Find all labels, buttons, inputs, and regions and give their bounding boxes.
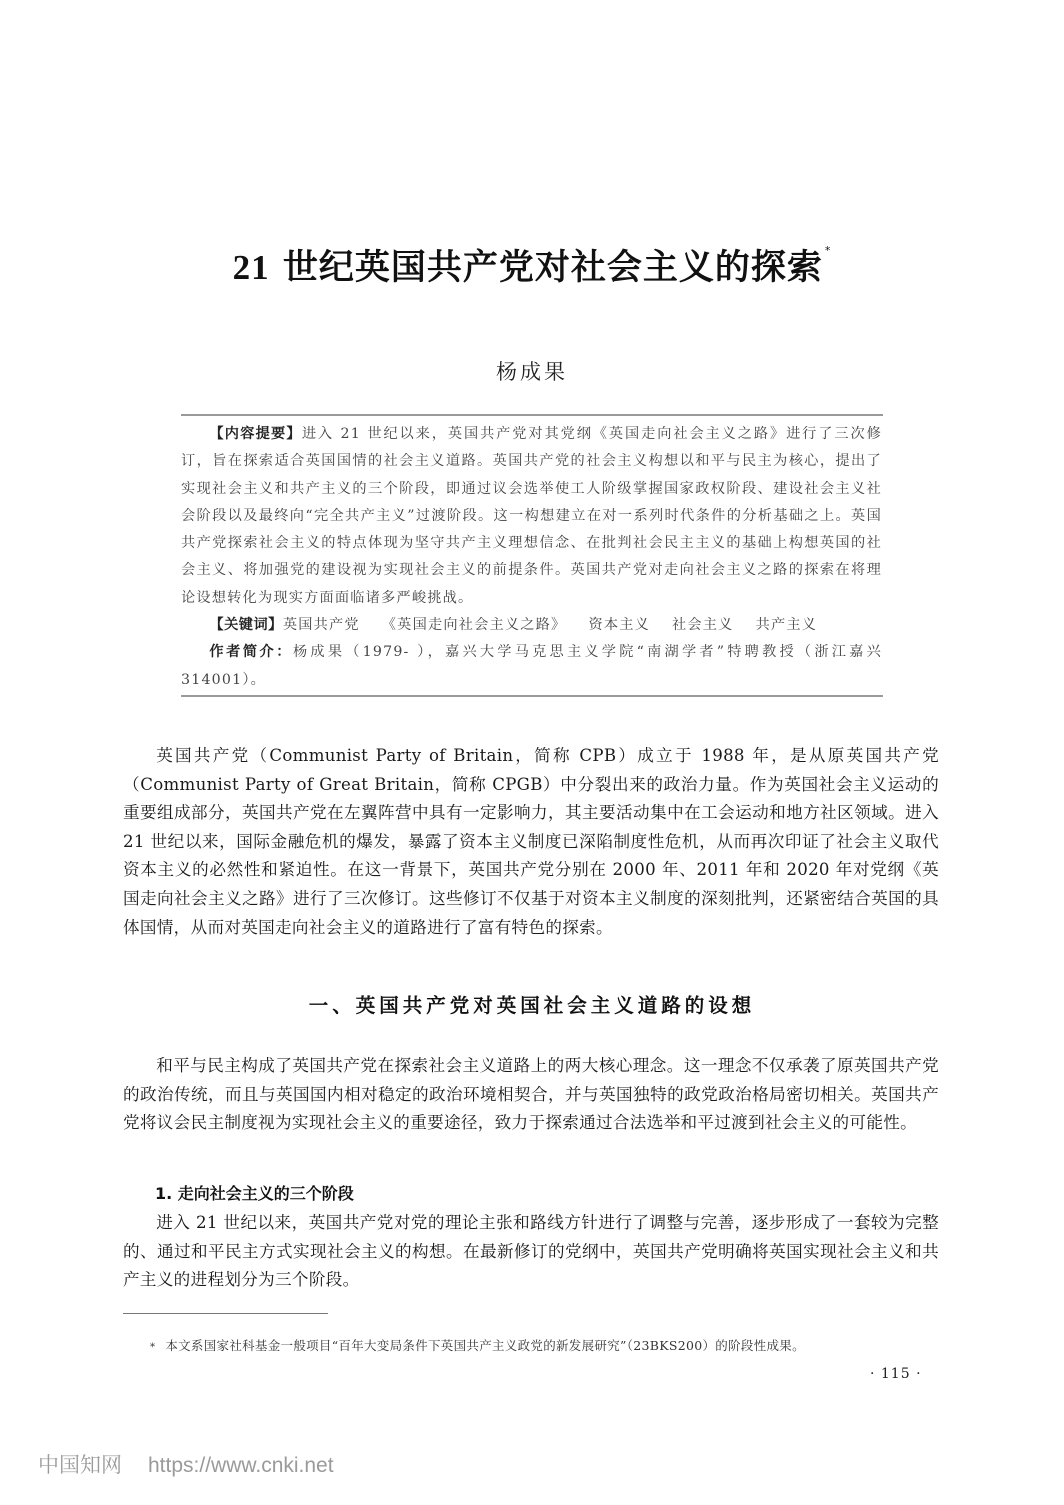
section-heading-1: 一、英国共产党对英国社会主义道路的设想 <box>0 990 1064 1018</box>
abstract-author-intro: 作者简介：杨成果（1979- ），嘉兴大学马克思主义学院“南湖学者”特聘教授（浙… <box>181 639 882 694</box>
keyword: 英国共产党 <box>283 617 360 633</box>
article-title: 21 世纪英国共产党对社会主义的探索* <box>0 240 1064 290</box>
keyword: 《英国走向社会主义之路》 <box>382 617 567 633</box>
intro-paragraph: 英国共产党（Communist Party of Britain，简称 CPB）… <box>123 742 939 942</box>
subsection-1-body: 进入 21 世纪以来，英国共产党对党的理论主张和路线方针进行了调整与完善，逐步形… <box>123 1209 939 1295</box>
page-number: · 115 · <box>870 1366 922 1382</box>
title-text: 世纪英国共产党对社会主义的探索 <box>270 248 823 288</box>
section-1-paragraph: 和平与民主构成了英国共产党在探索社会主义道路上的两大核心理念。这一理念不仅承袭了… <box>123 1052 939 1138</box>
footnote: *本文系国家社科基金一般项目“百年大变局条件下英国共产主义政党的新发展研究”（2… <box>150 1336 805 1354</box>
keyword: 社会主义 <box>672 617 734 633</box>
summary-label: 【内容提要】 <box>209 426 301 442</box>
footnote-mark: * <box>150 1342 155 1353</box>
author-name: 杨成果 <box>0 356 1064 386</box>
section-1-body: 和平与民主构成了英国共产党在探索社会主义道路上的两大核心理念。这一理念不仅承袭了… <box>123 1052 939 1138</box>
title-footnote-mark[interactable]: * <box>825 244 832 257</box>
footnote-rule <box>123 1313 328 1314</box>
keyword: 共产主义 <box>756 617 818 633</box>
subsection-1-paragraph: 进入 21 世纪以来，英国共产党对党的理论主张和路线方针进行了调整与完善，逐步形… <box>123 1209 939 1295</box>
title-number: 21 <box>233 248 270 287</box>
abstract-bottom-rule <box>181 695 883 697</box>
author-intro-label: 作者简介： <box>209 644 293 660</box>
abstract-summary: 【内容提要】进入 21 世纪以来，英国共产党对其党纲《英国走向社会主义之路》进行… <box>181 421 882 612</box>
watermark-url[interactable]: https://www.cnki.net <box>148 1454 334 1477</box>
abstract-block: 【内容提要】进入 21 世纪以来，英国共产党对其党纲《英国走向社会主义之路》进行… <box>181 421 882 694</box>
watermark-brand: 中国知网 <box>38 1454 122 1477</box>
keyword: 资本主义 <box>588 617 650 633</box>
abstract-top-rule <box>181 414 883 416</box>
footnote-text: 本文系国家社科基金一般项目“百年大变局条件下英国共产主义政党的新发展研究”（23… <box>165 1338 805 1353</box>
summary-text: 进入 21 世纪以来，英国共产党对其党纲《英国走向社会主义之路》进行了三次修订，… <box>181 426 882 606</box>
abstract-keywords: 【关键词】英国共产党《英国走向社会主义之路》资本主义社会主义共产主义 <box>181 612 882 639</box>
subsection-heading-1: 1. 走向社会主义的三个阶段 <box>155 1181 354 1204</box>
cnki-watermark: 中国知网https://www.cnki.net <box>38 1449 334 1479</box>
intro-section: 英国共产党（Communist Party of Britain，简称 CPB）… <box>123 742 939 942</box>
keywords-label: 【关键词】 <box>209 617 282 633</box>
